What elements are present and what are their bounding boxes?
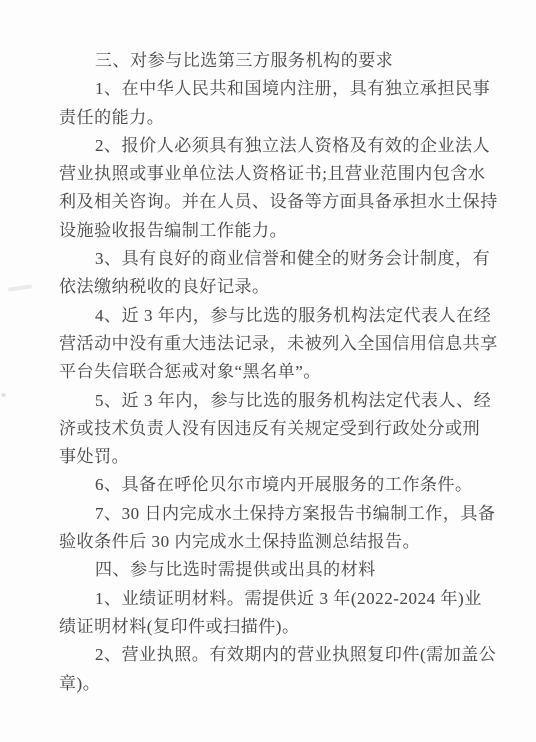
- text-line: 利及相关咨询。并在人员、设备等方面具备承担水土保持: [59, 188, 487, 216]
- text-line: 章)。: [59, 670, 487, 698]
- text-line: 设施验收报告编制工作能力。: [59, 217, 487, 245]
- text-line: 营活动中没有重大违法记录，未被列入全国信用信息共享: [59, 330, 487, 358]
- text-line: 责任的能力。: [59, 104, 487, 132]
- section-heading: 三、对参与比选第三方服务机构的要求: [59, 47, 487, 75]
- text-line: 绩证明材料(复印件或扫描件)。: [59, 613, 487, 641]
- text-line: 1、在中华人民共和国境内注册，具有独立承担民事: [59, 75, 487, 103]
- text-line: 6、具备在呼伦贝尔市境内开展服务的工作条件。: [59, 471, 487, 499]
- text-line: 2、报价人必须具有独立法人资格及有效的企业法人: [59, 132, 487, 160]
- text-line: 5、近 3 年内，参与比选的服务机构法定代表人、经: [59, 387, 487, 415]
- document-body: 三、对参与比选第三方服务机构的要求 1、在中华人民共和国境内注册，具有独立承担民…: [59, 47, 487, 698]
- text-line: 济或技术负责人没有因违反有关规定受到行政处分或刑: [59, 415, 487, 443]
- text-line: 依法缴纳税收的良好记录。: [59, 273, 487, 301]
- scan-smudge-artifact: [8, 284, 32, 291]
- text-line: 2、营业执照。有效期内的营业执照复印件(需加盖公: [59, 641, 487, 669]
- text-line: 平台失信联合惩戒对象“黑名单”。: [59, 358, 487, 386]
- text-line: 营业执照或事业单位法人资格证书;且营业范围内包含水: [59, 160, 487, 188]
- text-line: 1、业绩证明材料。需提供近 3 年(2022-2024 年)业: [59, 585, 487, 613]
- text-line: 7、30 日内完成水土保持方案报告书编制工作，具备: [59, 500, 487, 528]
- scan-speck-artifact: [1, 393, 6, 397]
- text-line: 4、近 3 年内，参与比选的服务机构法定代表人在经: [59, 302, 487, 330]
- scanned-document-page: 三、对参与比选第三方服务机构的要求 1、在中华人民共和国境内注册，具有独立承担民…: [0, 0, 536, 742]
- text-line: 3、具有良好的商业信誉和健全的财务会计制度，有: [59, 245, 487, 273]
- text-line: 验收条件后 30 内完成水土保持监测总结报告。: [59, 528, 487, 556]
- section-heading: 四、参与比选时需提供或出具的材料: [59, 556, 487, 584]
- text-line: 事处罚。: [59, 443, 487, 471]
